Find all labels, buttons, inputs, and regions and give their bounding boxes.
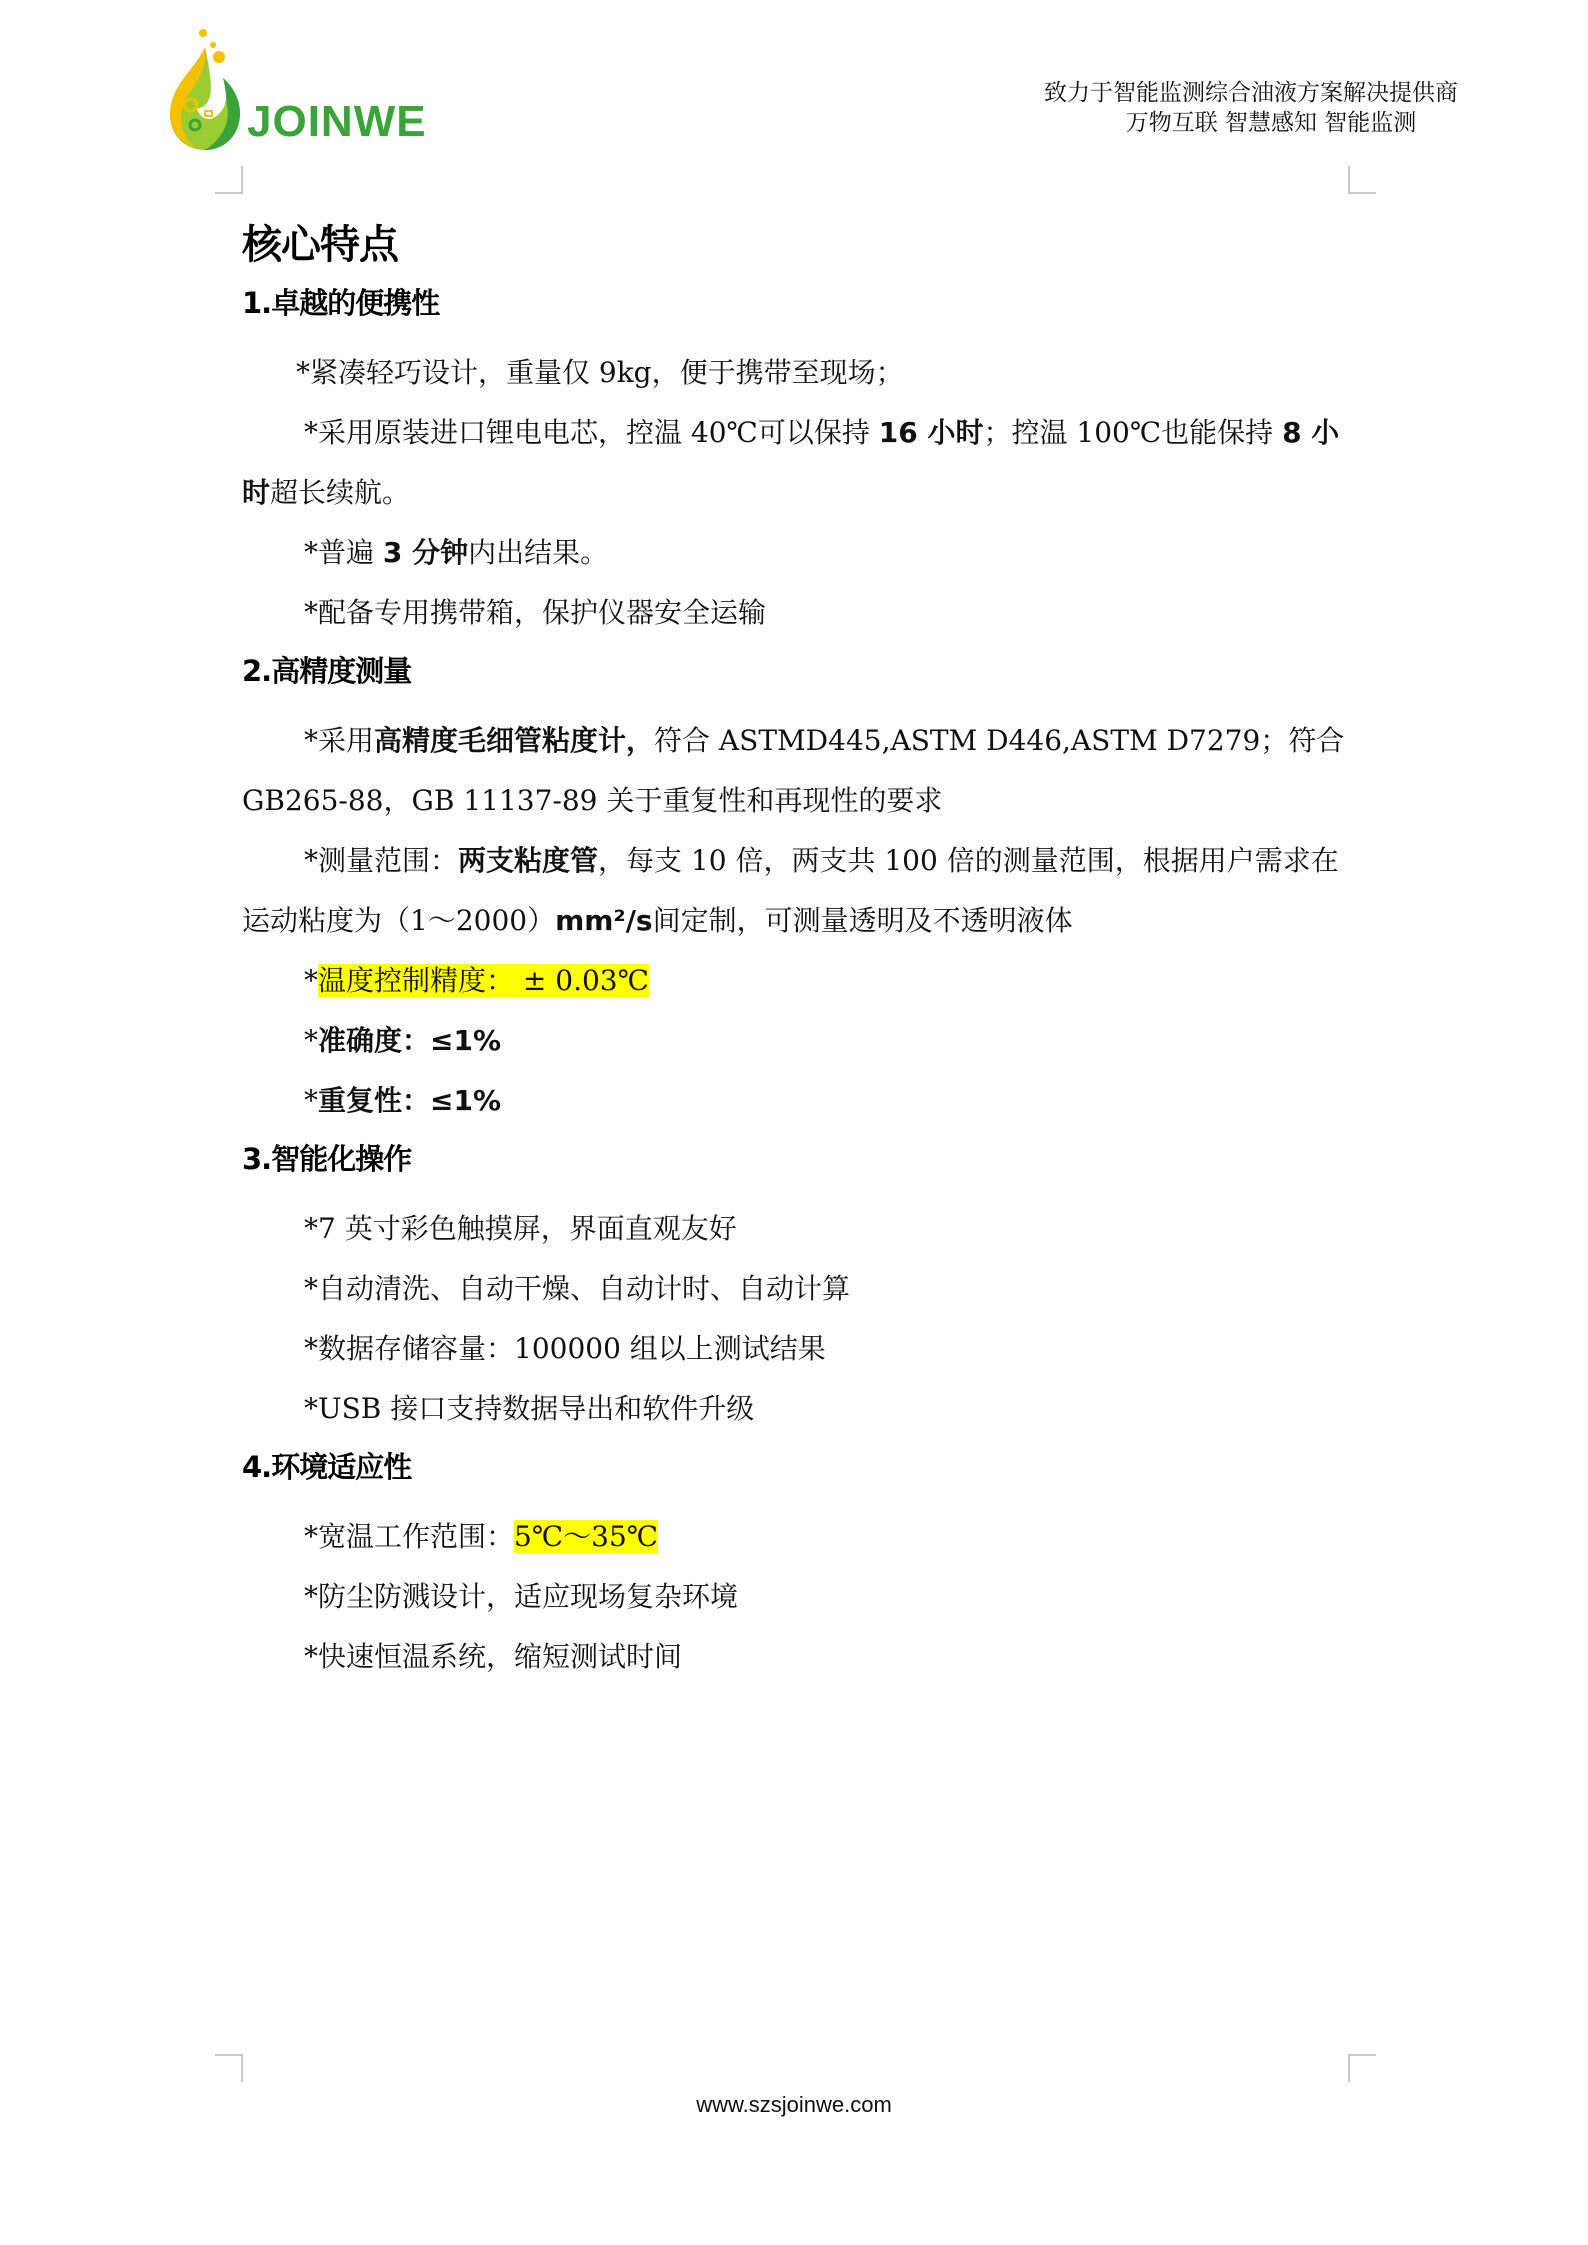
crop-mark-bottom-right [1348, 2054, 1376, 2082]
highlighted-text: 温度控制精度： ± 0.03℃ [318, 964, 649, 997]
tagline-line-2: 万物互联 智慧感知 智能监测 [1044, 108, 1458, 138]
list-item: *快速恒温系统，缩短测试时间 [242, 1627, 1362, 1687]
page-title: 核心特点 [242, 215, 1362, 275]
list-item: *USB 接口支持数据导出和软件升级 [242, 1379, 1362, 1439]
list-item: *防尘防溅设计，适应现场复杂环境 [242, 1567, 1362, 1627]
list-item-temperature-precision: *温度控制精度： ± 0.03℃ [242, 951, 1362, 1011]
section-heading-precision: 2.高精度测量 [242, 651, 1362, 691]
oil-drop-logo-icon [165, 25, 245, 155]
crop-mark-top-right [1348, 166, 1376, 194]
list-item: *紧凑轻巧设计，重量仅 9kg，便于携带至现场； [242, 343, 1362, 403]
list-item: *数据存储容量：100000 组以上测试结果 [242, 1319, 1362, 1379]
header-tagline: 致力于智能监测综合油液方案解决提供商 万物互联 智慧感知 智能监测 [1044, 78, 1458, 138]
list-item: *7 英寸彩色触摸屏，界面直观友好 [242, 1199, 1362, 1259]
list-item: *配备专用携带箱，保护仪器安全运输 [242, 583, 1362, 643]
document-body: 核心特点 1.卓越的便携性 *紧凑轻巧设计，重量仅 9kg，便于携带至现场； *… [242, 215, 1362, 1687]
list-item-repeatability: *重复性：≤1% [242, 1071, 1362, 1131]
tagline-line-1: 致力于智能监测综合油液方案解决提供商 [1044, 80, 1458, 106]
company-logo: JOINWE [165, 25, 435, 155]
document-page: JOINWE 致力于智能监测综合油液方案解决提供商 万物互联 智慧感知 智能监测… [0, 0, 1588, 2245]
crop-mark-bottom-left [215, 2054, 243, 2082]
logo-wordmark: JOINWE [247, 97, 427, 147]
list-item: *普遍 3 分钟内出结果。 [242, 523, 1362, 583]
section-heading-smart-operation: 3.智能化操作 [242, 1139, 1362, 1179]
list-item-temperature-range: *宽温工作范围：5℃～35℃ [242, 1507, 1362, 1567]
list-item: *采用原装进口锂电电芯，控温 40℃可以保持 16 小时；控温 100℃也能保持… [242, 403, 1362, 523]
list-item: *自动清洗、自动干燥、自动计时、自动计算 [242, 1259, 1362, 1319]
footer-website: www.szsjoinwe.com [0, 2092, 1588, 2118]
list-item: *采用高精度毛细管粘度计，符合 ASTMD445,ASTM D446,ASTM … [242, 711, 1362, 831]
list-item-accuracy: *准确度：≤1% [242, 1011, 1362, 1071]
list-item: *测量范围：两支粘度管，每支 10 倍，两支共 100 倍的测量范围，根据用户需… [242, 831, 1362, 951]
section-heading-environment: 4.环境适应性 [242, 1447, 1362, 1487]
section-heading-portability: 1.卓越的便携性 [242, 283, 1362, 323]
crop-mark-top-left [215, 166, 243, 194]
highlighted-text: 5℃～35℃ [514, 1520, 658, 1553]
